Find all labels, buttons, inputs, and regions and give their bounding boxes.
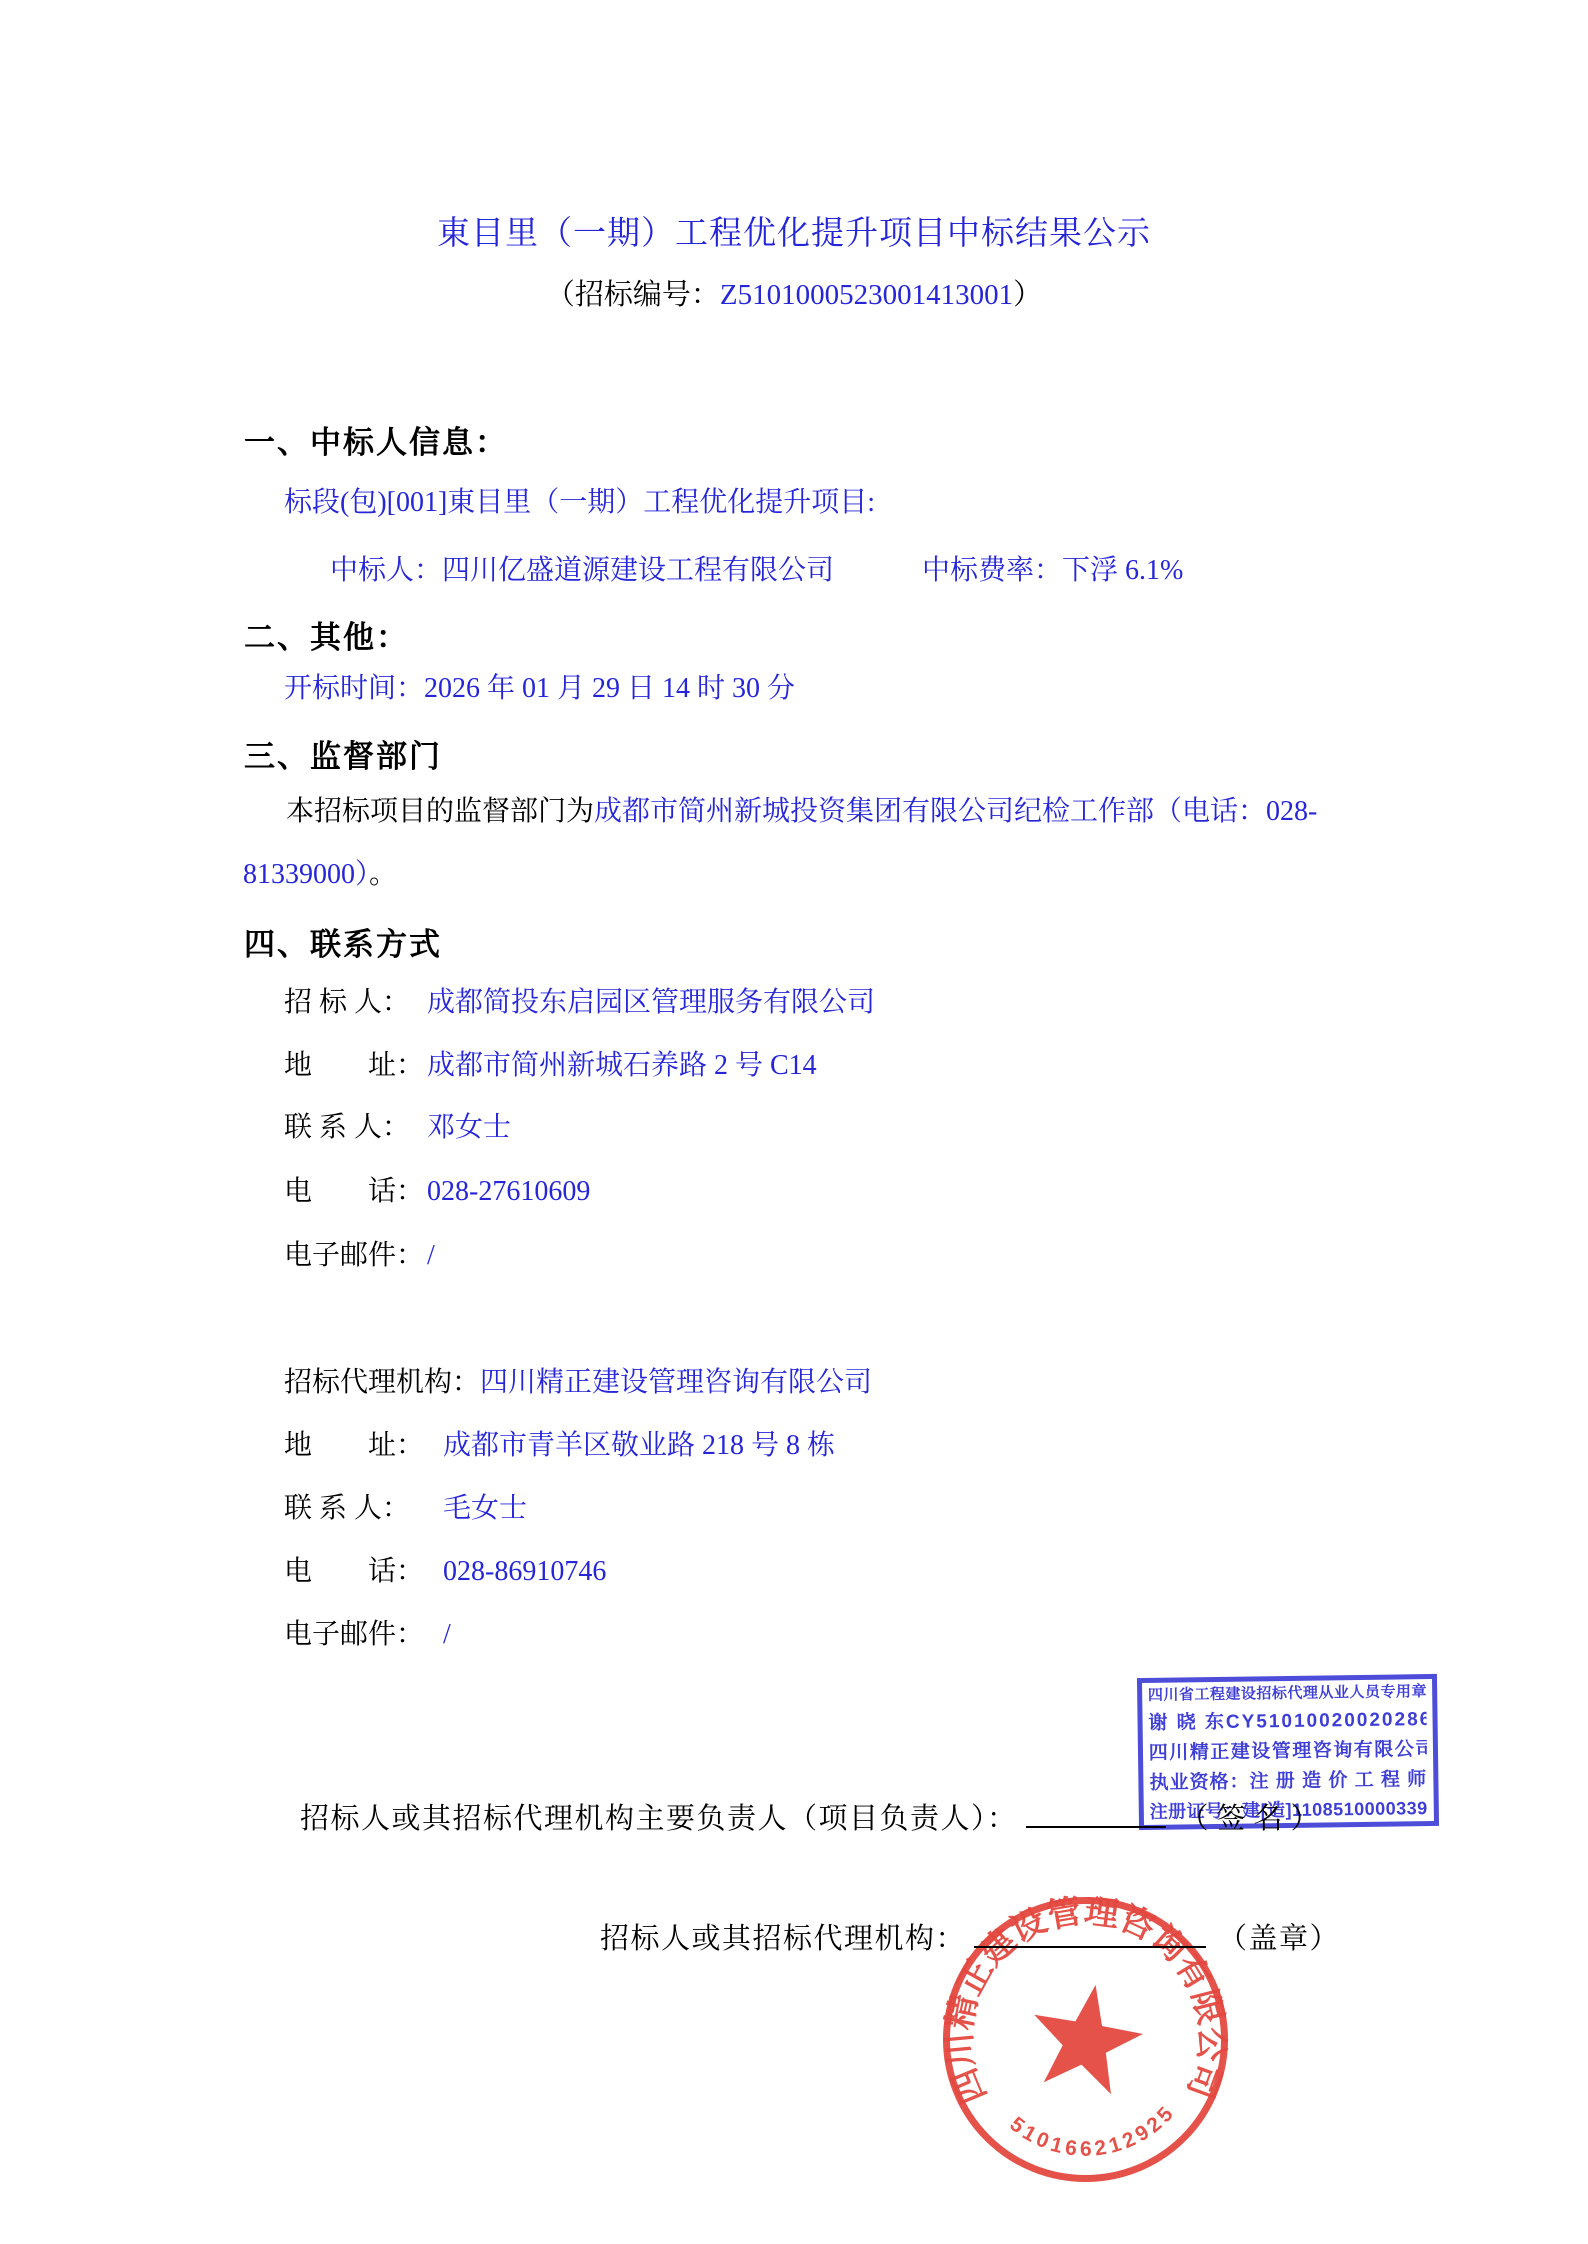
star-icon [1023, 1975, 1150, 2097]
contact-value: 028-86910746 [443, 1556, 606, 1587]
agency-value: 四川精正建设管理咨询有限公司 [480, 1367, 872, 1398]
supervision-line-1: 本招标项目的监督部门为成都市简州新城投资集团有限公司纪检工作部（电话：028- [286, 795, 1317, 829]
agency-label: 招标代理机构： [284, 1367, 480, 1398]
doc-subtitle: （招标编号：Z5101000523001413001） [0, 272, 1588, 313]
contact-label: 电 话： [284, 1555, 427, 1589]
contact-row-address-2: 地 址：成都市青羊区敬业路 218 号 8 栋 [284, 1429, 835, 1463]
supervision-body-1: 成都市简州新城投资集团有限公司纪检工作部（电话：028- [594, 796, 1317, 827]
contact-label: 电子邮件： [284, 1618, 427, 1652]
rate-label: 中标费率： [922, 555, 1062, 586]
supervision-body-2: 81339000） [243, 859, 369, 890]
contact-row-person-2: 联 系 人：毛女士 [284, 1492, 527, 1526]
doc-title: 東目里（一期）工程优化提升项目中标结果公示 [0, 207, 1588, 254]
contact-row-email-2: 电子邮件：/ [284, 1618, 451, 1652]
seal-number-text: 510166212925 [1005, 2100, 1180, 2161]
contact-value: 成都简投东启园区管理服务有限公司 [427, 987, 875, 1018]
winner-text: 中标人：四川亿盛道源建设工程有限公司 [330, 554, 834, 588]
subtitle-suffix: ） [1013, 279, 1042, 311]
lot-line: 标段(包)[001]東目里（一期）工程优化提升项目: [284, 486, 875, 520]
contact-row-person-1: 联 系 人：邓女士 [284, 1111, 511, 1145]
section-4-heading: 四、联系方式 [244, 919, 442, 964]
stamp-line: 四川省工程建设招标代理从业人员专用章 [1148, 1680, 1427, 1705]
stamp-line: 注册证号：建[造]11085100003394 [1149, 1794, 1428, 1824]
contact-row-agency: 招标代理机构：四川精正建设管理咨询有限公司 [284, 1366, 872, 1400]
supervision-period: 。 [369, 859, 397, 890]
section-3-heading: 三、监督部门 [244, 731, 442, 776]
stamp-line: 四川精正建设管理咨询有限公司 [1149, 1734, 1428, 1765]
contact-row-tenderer: 招 标 人：成都简投东启园区管理服务有限公司 [284, 986, 875, 1020]
contact-label: 联 系 人： [284, 1492, 427, 1526]
subtitle-prefix: （招标编号： [546, 279, 720, 311]
section-1-heading: 一、中标人信息： [244, 417, 508, 462]
contact-value: / [443, 1619, 451, 1650]
contact-row-email-1: 电子邮件：/ [284, 1239, 435, 1273]
company-seal-graphic: 四川精正建设管理咨询有限公司 510166212925 [938, 1892, 1233, 2187]
winner-label: 中标人： [330, 555, 442, 586]
contact-row-phone-1: 电 话：028-27610609 [284, 1175, 590, 1209]
contact-label: 地 址： [284, 1429, 427, 1463]
contact-value: 成都市青羊区敬业路 218 号 8 栋 [443, 1430, 835, 1461]
section-2-heading: 二、其他： [244, 612, 409, 657]
contact-row-address-1: 地 址：成都市简州新城石养路 2 号 C14 [284, 1049, 817, 1083]
contact-value: 毛女士 [443, 1493, 527, 1524]
seal-company-text: 四川精正建设管理咨询有限公司 [940, 1892, 1231, 2109]
rate-text: 中标费率：下浮 6.1% [922, 554, 1183, 588]
tender-number: Z5101000523001413001 [720, 279, 1013, 311]
contact-row-phone-2: 电 话：028-86910746 [284, 1555, 606, 1589]
signature-line-2-label: 招标人或其招标代理机构： [600, 1923, 966, 1955]
contact-label: 电 话： [284, 1175, 427, 1209]
supervision-line-2: 81339000）。 [243, 858, 397, 892]
stamp-line: 执业资格：注 册 造 价 工 程 师 [1149, 1764, 1428, 1795]
contact-label: 地 址： [284, 1049, 427, 1083]
stamp-line: 谢 晓 东CY51010020020286 [1148, 1704, 1427, 1735]
document-page: 東目里（一期）工程优化提升项目中标结果公示 （招标编号：Z51010005230… [0, 0, 1588, 2244]
contact-value: 028-27610609 [427, 1176, 590, 1207]
contact-label: 联 系 人： [284, 1111, 427, 1145]
signature-line-1-label: 招标人或其招标代理机构主要负责人（项目负责人）： [300, 1803, 1018, 1835]
contact-value: / [427, 1240, 435, 1271]
contact-label: 招 标 人： [284, 986, 427, 1020]
contact-label: 电子邮件： [284, 1239, 427, 1273]
signature-line-2-suffix: （盖章） [1218, 1923, 1340, 1955]
winner-value: 四川亿盛道源建设工程有限公司 [442, 555, 834, 586]
agent-personnel-stamp: 四川省工程建设招标代理从业人员专用章 谢 晓 东CY51010020020286… [1137, 1674, 1439, 1830]
open-time-line: 开标时间：2026 年 01 月 29 日 14 时 30 分 [284, 672, 795, 706]
rate-value: 下浮 6.1% [1062, 555, 1183, 586]
contact-value: 成都市简州新城石养路 2 号 C14 [427, 1050, 817, 1081]
supervision-lead: 本招标项目的监督部门为 [286, 796, 594, 827]
contact-value: 邓女士 [427, 1112, 511, 1143]
company-seal: 四川精正建设管理咨询有限公司 510166212925 [938, 1892, 1233, 2187]
